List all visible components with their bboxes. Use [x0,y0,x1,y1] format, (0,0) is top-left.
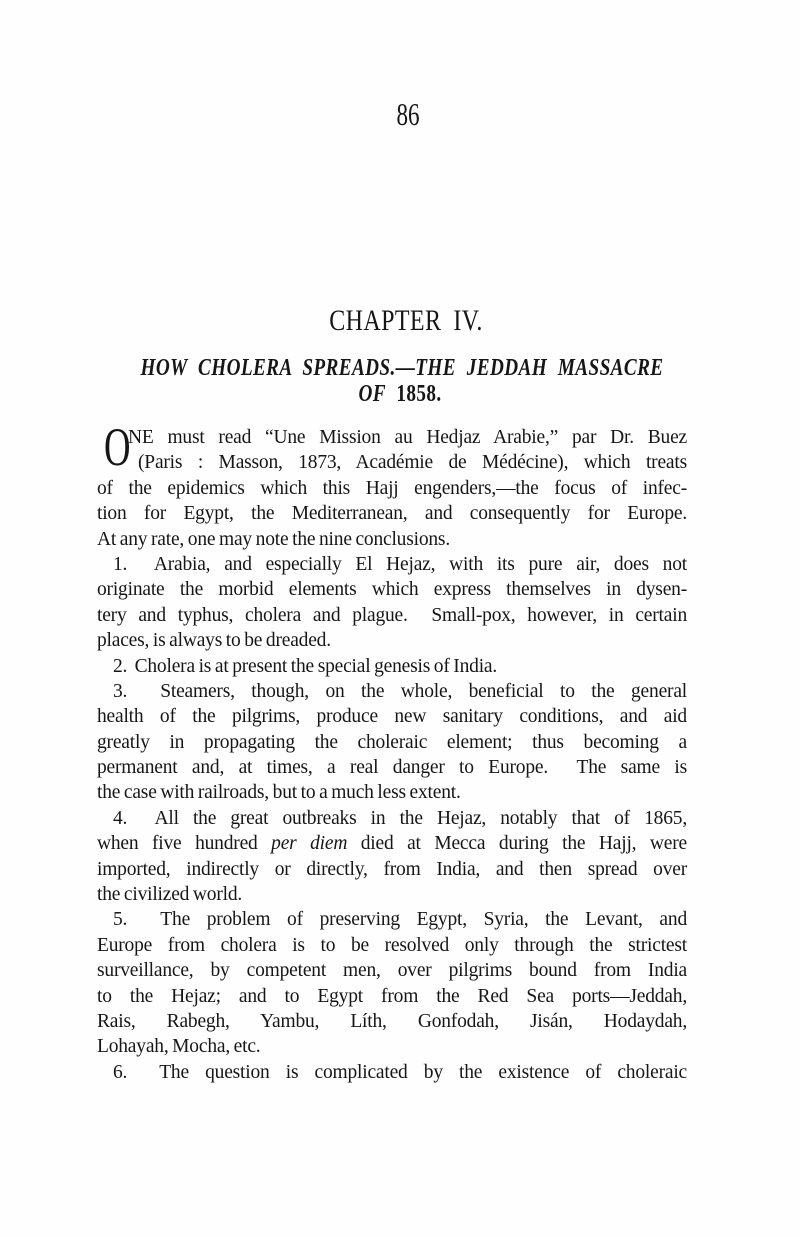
paragraph-6: 6. The question is complicated by the ex… [97,1060,687,1085]
paragraph-3: 3. Steamers, though, on the whole, benef… [97,679,687,806]
text-line: places, is always to be dreaded. [97,628,687,653]
text-line: greatly in propagating the choleraic ele… [97,730,687,755]
paragraph-2: 2. Cholera is at present the special gen… [97,654,687,679]
text-line: NE must read “Une Mission au Hedjaz Arab… [97,425,687,450]
text-line: when five hundred per diem died at Mecca… [97,831,687,856]
subtitle-of: OF [358,381,385,407]
page-number: 86 [120,98,696,130]
chapter-subtitle-line-1: HOW CHOLERA SPREADS.—THE JEDDAH MASSACRE [82,356,722,380]
text-line: At any rate, one may note the nine concl… [97,527,687,552]
text-line: Rais, Rabegh, Yambu, Líth, Gonfodah, Jis… [97,1009,687,1034]
chapter-heading: CHAPTER IV. [86,306,726,336]
chapter-subtitle-line-2: OF 1858. [80,382,720,406]
text-line: tery and typhus, cholera and plague. Sma… [97,603,687,628]
text-line: to the Hejaz; and to Egypt from the Red … [97,984,687,1009]
body-text: O NE must read “Une Mission au Hedjaz Ar… [97,425,687,1085]
text-line: 3. Steamers, though, on the whole, benef… [97,679,687,704]
text-line: 5. The problem of preserving Egypt, Syri… [97,907,687,932]
text-line: 6. The question is complicated by the ex… [97,1060,687,1085]
text-line: the case with railroads, but to a much l… [97,780,687,805]
text-line: Lohayah, Mocha, etc. [97,1034,687,1059]
text-line: (Paris : Masson, 1873, Académie de Médéc… [97,450,687,475]
text-line: imported, indirectly or directly, from I… [97,857,687,882]
text-line: Europe from cholera is to be resolved on… [97,933,687,958]
text-segment: when five hundred [97,833,271,854]
drop-cap: O [104,420,131,474]
text-line: 1. Arabia, and especially El Hejaz, with… [97,552,687,577]
text-line: health of the pilgrims, produce new sani… [97,704,687,729]
paragraph-1: 1. Arabia, and especially El Hejaz, with… [97,552,687,654]
text-line: tion for Egypt, the Mediterranean, and c… [97,501,687,526]
paragraph-5: 5. The problem of preserving Egypt, Syri… [97,907,687,1059]
paragraph-4: 4. All the great outbreaks in the Hejaz,… [97,806,687,908]
text-line: of the epidemics which this Hajj engende… [97,476,687,501]
text-line: originate the morbid elements which expr… [97,577,687,602]
paragraph-intro: O NE must read “Une Mission au Hedjaz Ar… [97,425,687,552]
text-line: permanent and, at times, a real danger t… [97,755,687,780]
text-segment: died at Mecca during the Hajj, were [347,833,687,854]
text-line: 4. All the great outbreaks in the Hejaz,… [97,806,687,831]
text-line: the civilized world. [97,882,687,907]
italic-phrase: per diem [271,833,347,854]
text-line: surveillance, by competent men, over pil… [97,958,687,983]
text-line: 2. Cholera is at present the special gen… [97,654,687,679]
scan-page: 86 CHAPTER IV. HOW CHOLERA SPREADS.—THE … [0,0,800,1237]
subtitle-year: 1858. [396,381,441,407]
